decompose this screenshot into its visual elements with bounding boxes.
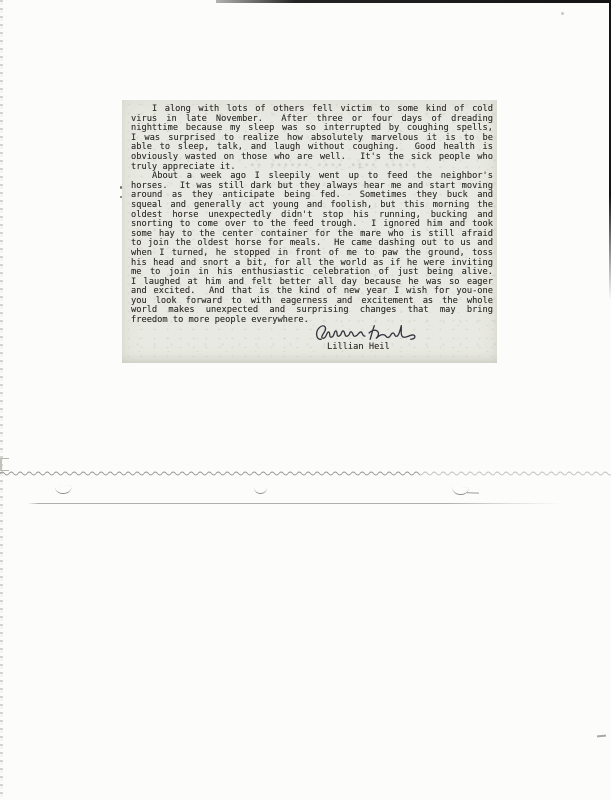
scan-speck-dot — [561, 12, 564, 15]
album-prong-mark — [254, 486, 267, 494]
typed-signature: Lillian Heil — [327, 342, 390, 352]
prong-tail-mark — [467, 492, 479, 493]
erased-text-smudge: ·· ······ ···· ·:·· ····· — [250, 162, 418, 172]
letter-paper: I along with lots of others fell victim … — [122, 100, 497, 363]
handwritten-signature — [314, 322, 418, 344]
ink-speck — [120, 186, 122, 189]
scan-edge-left-texture — [0, 0, 3, 800]
sleeve-edge-wavy-line — [0, 469, 611, 478]
faint-rule-line — [28, 503, 562, 504]
scan-speck-dash — [597, 735, 606, 738]
album-prong-mark — [452, 487, 469, 496]
album-prong-mark — [55, 486, 72, 495]
scanned-page: I along with lots of others fell victim … — [0, 0, 611, 800]
scan-edge-top-line — [216, 0, 611, 3]
letter-line: freedom to more people everywhere. — [131, 316, 493, 326]
ink-speck — [120, 196, 122, 198]
letter-body: I along with lots of others fell victim … — [131, 105, 493, 326]
